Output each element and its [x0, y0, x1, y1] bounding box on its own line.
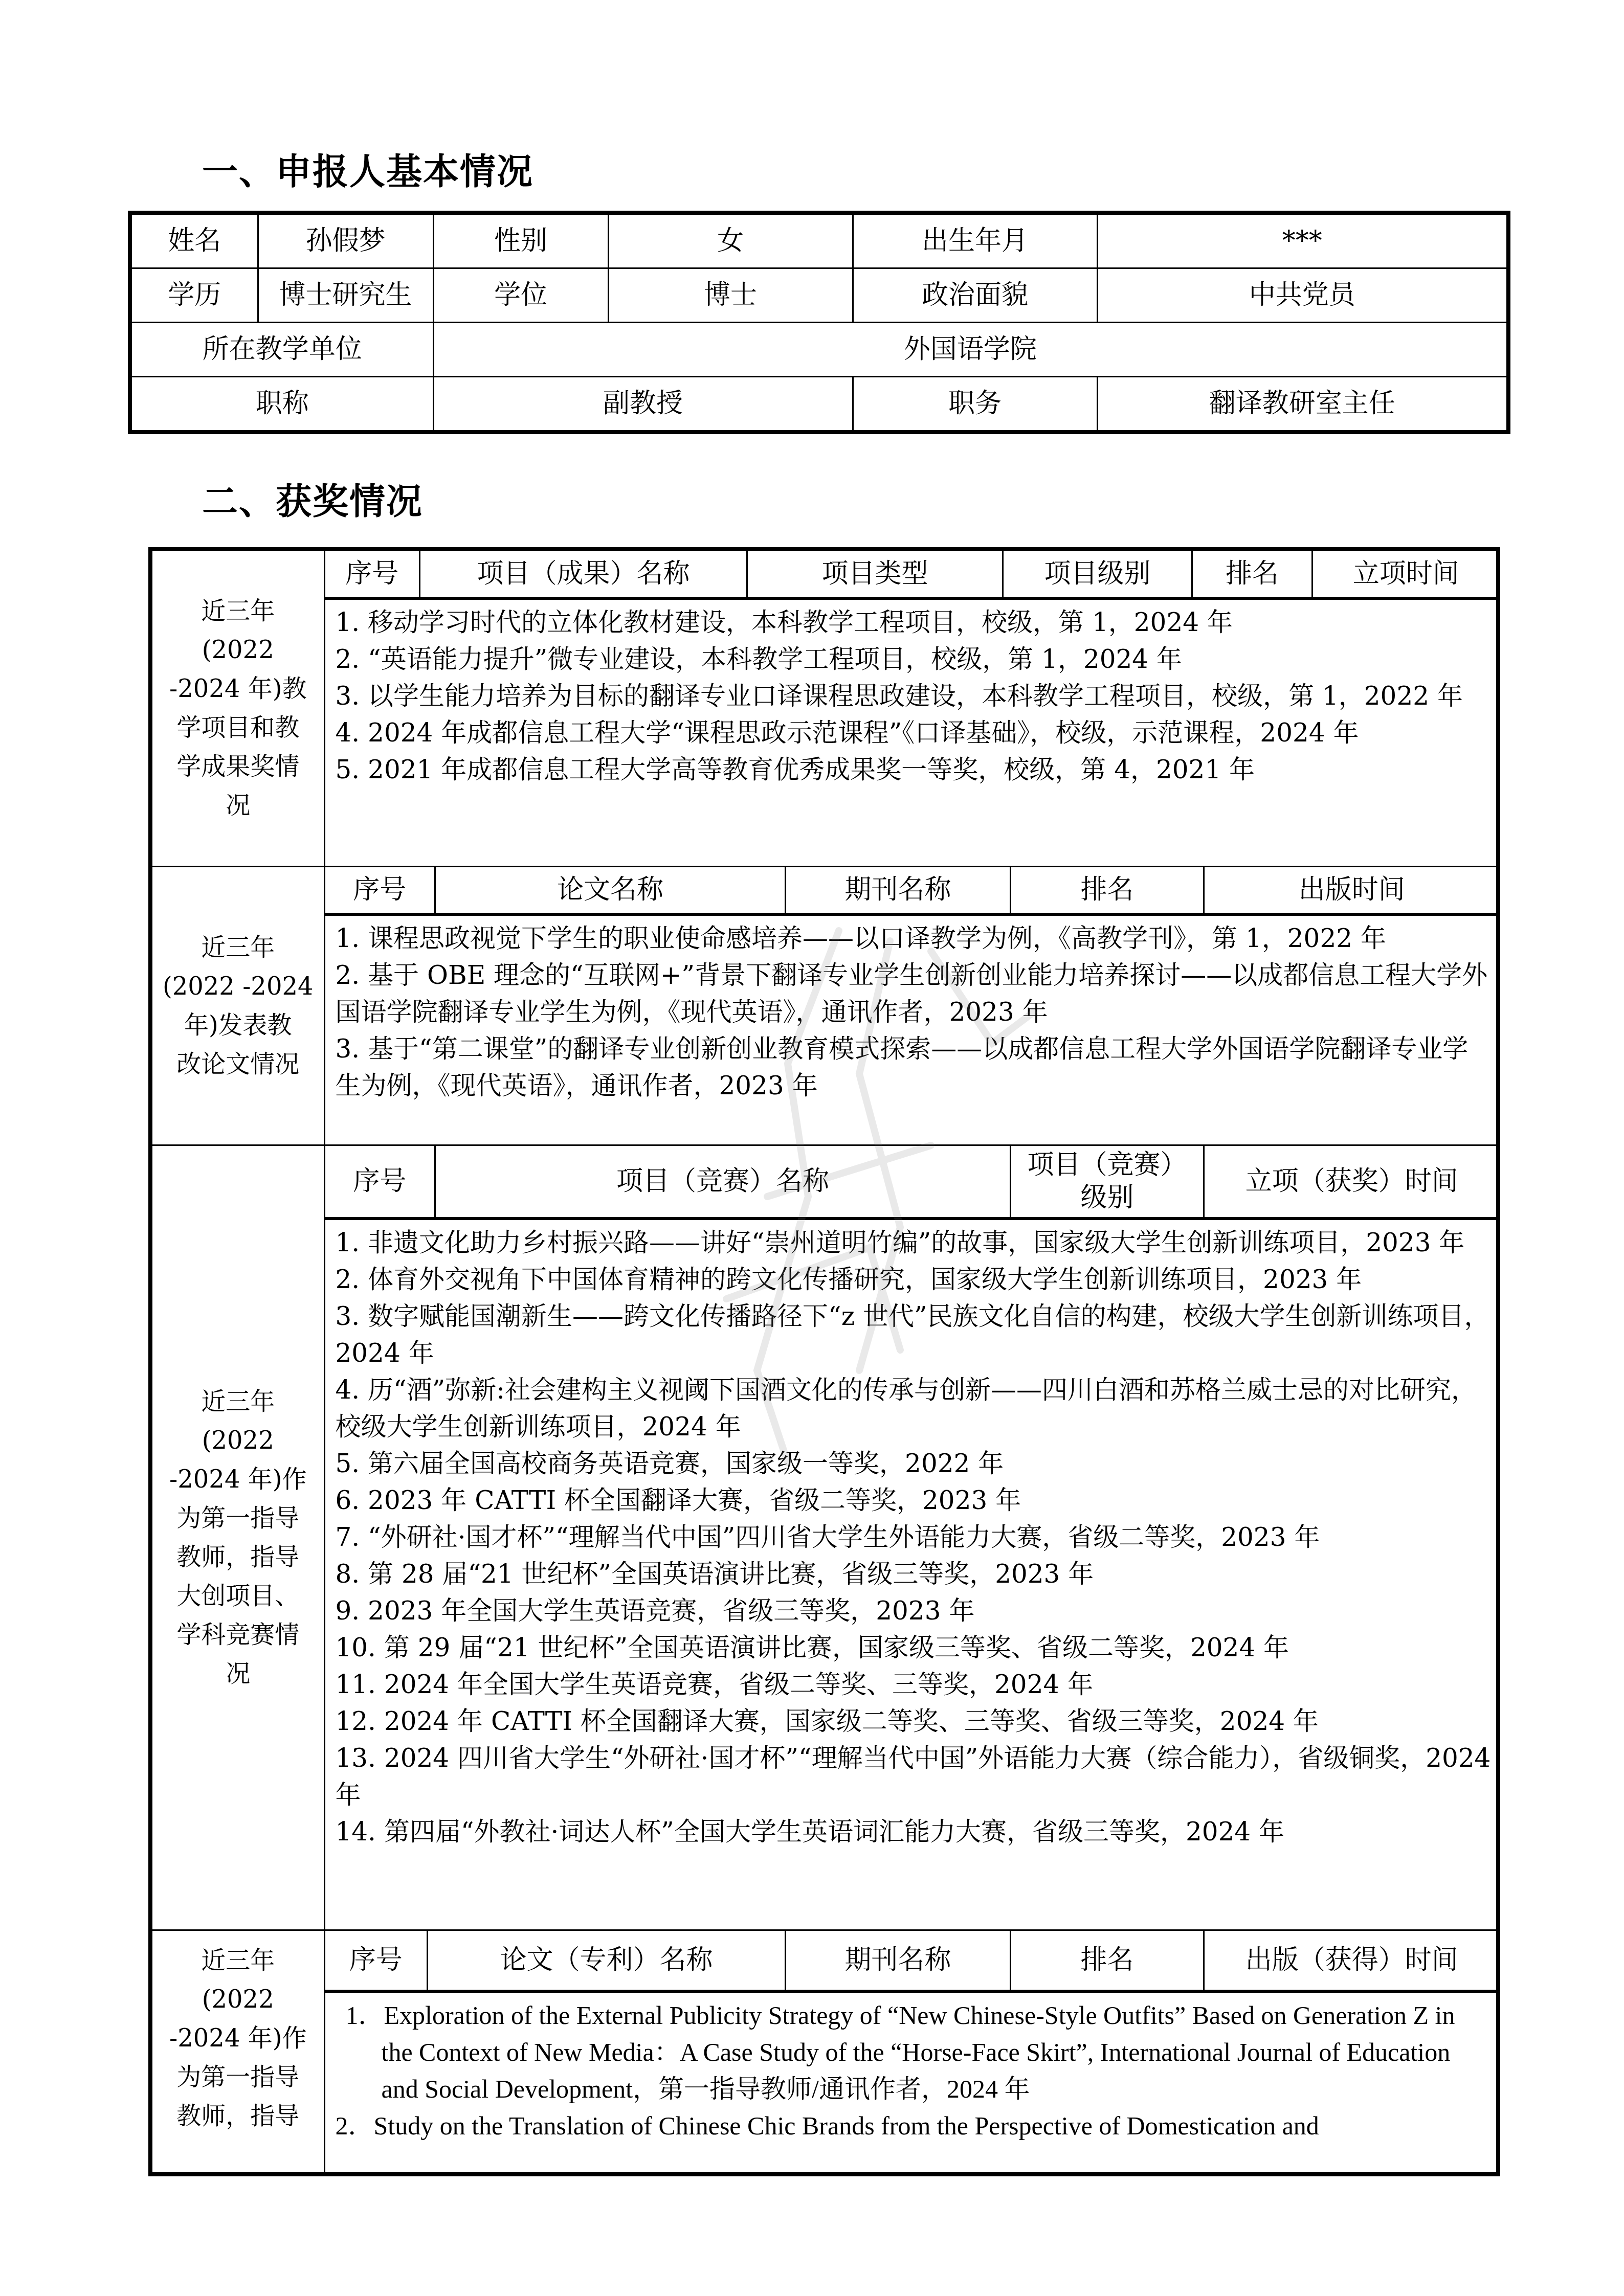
col-header: 期刊名称 — [786, 1931, 1011, 1991]
label-education: 学历 — [130, 268, 258, 323]
list-item: 6. 2023 年 CATTI 杯全国翻译大赛，省级二等奖，2023 年 — [336, 1482, 1492, 1519]
list-item: 2．Study on the Translation of Chinese Ch… — [336, 2107, 1492, 2144]
list-item: 2. “英语能力提升”微专业建设，本科教学工程项目，校级，第 1，2024 年 — [336, 641, 1492, 678]
value-political: 中共党员 — [1097, 268, 1508, 323]
list-item: 10. 第 29 届“21 世纪杯”全国英语演讲比赛，国家级三等奖、省级二等奖，… — [336, 1629, 1492, 1666]
list-item: 5. 2021 年成都信息工程大学高等教育优秀成果奖一等奖，校级，第 4，202… — [336, 751, 1492, 788]
group-label: 近三年 (2022 -2024 年)作 为第一指导 教师，指导 大创项目、 学科… — [150, 1145, 324, 1930]
basic-info-row: 姓名 孙假梦 性别 女 出生年月 *** — [130, 213, 1508, 268]
basic-info-table: 姓名 孙假梦 性别 女 出生年月 *** 学历 博士研究生 学位 博士 政治面貌… — [128, 211, 1510, 434]
col-header: 立项时间 — [1312, 551, 1499, 598]
col-header: 项目（竞赛）名称 — [435, 1146, 1011, 1219]
list-item: 2. 体育外交视角下中国体育精神的跨文化传播研究，国家级大学生创新训练项目，20… — [336, 1261, 1492, 1298]
list-item: 4. 历“酒”弥新:社会建构主义视阈下国酒文化的传承与创新——四川白酒和苏格兰威… — [336, 1371, 1492, 1445]
col-header: 序号 — [325, 551, 420, 598]
col-header: 期刊名称 — [786, 867, 1011, 914]
basic-info-row: 职称 副教授 职务 翻译教研室主任 — [130, 377, 1508, 433]
list-item: 14. 第四届“外教社·词达人杯”全国大学生英语词汇能力大赛，省级三等奖，202… — [336, 1813, 1492, 1850]
group-label: 近三年 (2022 -2024 年)作 为第一指导 教师，指导 — [150, 1930, 324, 2174]
group-label: 近三年 (2022 -2024 年)发表教 改论文情况 — [150, 866, 324, 1145]
table-header: 序号 项目（成果）名称 项目类型 项目级别 排名 立项时间 — [325, 551, 1499, 598]
awards-group-reform-papers: 近三年 (2022 -2024 年)发表教 改论文情况 序号 论文名称 期刊名称… — [150, 866, 1498, 1145]
col-header: 立项（获奖）时间 — [1204, 1146, 1499, 1219]
awards-group-teaching-projects: 近三年 (2022 -2024 年)教 学项目和教 学成果奖情 况 序号 项目（… — [150, 549, 1498, 866]
student-papers-table: 序号 论文（专利）名称 期刊名称 排名 出版（获得）时间 1．Explorati… — [325, 1931, 1499, 2149]
col-header: 序号 — [325, 867, 435, 914]
label-birth: 出生年月 — [853, 213, 1097, 268]
value-education: 博士研究生 — [258, 268, 433, 323]
col-header: 排名 — [1011, 867, 1204, 914]
list-item: 1．Exploration of the External Publicity … — [336, 1997, 1492, 2107]
list-item: 3. 数字赋能国潮新生——跨文化传播路径下“z 世代”民族文化自信的构建，校级大… — [336, 1298, 1492, 1371]
label-post: 职务 — [853, 377, 1097, 433]
table-header: 序号 论文名称 期刊名称 排名 出版时间 — [325, 867, 1499, 914]
col-header: 项目（竞赛）级别 — [1011, 1146, 1204, 1219]
value-birth: *** — [1097, 213, 1508, 268]
group-label: 近三年 (2022 -2024 年)教 学项目和教 学成果奖情 况 — [150, 549, 324, 866]
list-item: 9. 2023 年全国大学生英语竞赛，省级三等奖，2023 年 — [336, 1592, 1492, 1629]
teaching-projects-table: 序号 项目（成果）名称 项目类型 项目级别 排名 立项时间 1. 移动学习时代的… — [325, 551, 1499, 793]
label-name: 姓名 — [130, 213, 258, 268]
list-item: 7. “外研社·国才杯”“理解当代中国”四川省大学生外语能力大赛，省级二等奖，2… — [336, 1519, 1492, 1556]
col-header: 排名 — [1192, 551, 1312, 598]
col-header: 论文名称 — [435, 867, 786, 914]
entries-list: 1. 非遗文化助力乡村振兴路——讲好“崇州道明竹编”的故事，国家级大学生创新训练… — [325, 1219, 1499, 1855]
label-gender: 性别 — [433, 213, 608, 268]
list-item: 3. 以学生能力培养为目标的翻译专业口译课程思政建设，本科教学工程项目，校级，第… — [336, 678, 1492, 714]
value-degree: 博士 — [608, 268, 853, 323]
col-header: 出版时间 — [1204, 867, 1499, 914]
list-item: 1. 非遗文化助力乡村振兴路——讲好“崇州道明竹编”的故事，国家级大学生创新训练… — [336, 1224, 1492, 1261]
awards-group-competitions: 近三年 (2022 -2024 年)作 为第一指导 教师，指导 大创项目、 学科… — [150, 1145, 1498, 1930]
col-header: 论文（专利）名称 — [428, 1931, 786, 1991]
list-item: 12. 2024 年 CATTI 杯全国翻译大赛，国家级二等奖、三等奖、省级三等… — [336, 1703, 1492, 1740]
label-title: 职称 — [130, 377, 433, 433]
col-header: 序号 — [325, 1146, 435, 1219]
reform-papers-table: 序号 论文名称 期刊名称 排名 出版时间 1. 课程思政视觉下学生的职业使命感培… — [325, 867, 1499, 1109]
competitions-table: 序号 项目（竞赛）名称 项目（竞赛）级别 立项（获奖）时间 1. 非遗文化助力乡… — [325, 1146, 1499, 1855]
list-item: 4. 2024 年成都信息工程大学“课程思政示范课程”《口译基础》，校级，示范课… — [336, 714, 1492, 751]
label-degree: 学位 — [433, 268, 608, 323]
col-header: 排名 — [1011, 1931, 1204, 1991]
list-item: 2. 基于 OBE 理念的“互联网+”背景下翻译专业学生创新创业能力培养探讨——… — [336, 957, 1492, 1030]
list-item: 13. 2024 四川省大学生“外研社·国才杯”“理解当代中国”外语能力大赛（综… — [336, 1740, 1492, 1813]
table-header: 序号 项目（竞赛）名称 项目（竞赛）级别 立项（获奖）时间 — [325, 1146, 1499, 1219]
col-header: 序号 — [325, 1931, 428, 1991]
table-header: 序号 论文（专利）名称 期刊名称 排名 出版（获得）时间 — [325, 1931, 1499, 1991]
list-item: 1. 移动学习时代的立体化教材建设，本科教学工程项目，校级，第 1，2024 年 — [336, 604, 1492, 641]
col-header: 项目级别 — [1003, 551, 1192, 598]
value-post: 翻译教研室主任 — [1097, 377, 1508, 433]
value-title: 副教授 — [433, 377, 853, 433]
section-title-awards: 二、获奖情况 — [202, 473, 423, 525]
awards-group-student-papers: 近三年 (2022 -2024 年)作 为第一指导 教师，指导 序号 论文（专利… — [150, 1930, 1498, 2174]
list-item: 5. 第六届全国高校商务英语竞赛，国家级一等奖，2022 年 — [336, 1445, 1492, 1482]
col-header: 出版（获得）时间 — [1204, 1931, 1499, 1991]
value-name: 孙假梦 — [258, 213, 433, 268]
value-gender: 女 — [608, 213, 853, 268]
list-item: 3. 基于“第二课堂”的翻译专业创新创业教育模式探索——以成都信息工程大学外国语… — [336, 1030, 1492, 1104]
value-unit: 外国语学院 — [433, 323, 1508, 377]
entries-list: 1. 课程思政视觉下学生的职业使命感培养——以口译教学为例，《高教学刊》，第 1… — [325, 914, 1499, 1109]
awards-table: 近三年 (2022 -2024 年)教 学项目和教 学成果奖情 况 序号 项目（… — [148, 547, 1500, 2176]
section-title-basic-info: 一、申报人基本情况 — [202, 143, 533, 195]
basic-info-row: 所在教学单位 外国语学院 — [130, 323, 1508, 377]
list-item: 1. 课程思政视觉下学生的职业使命感培养——以口译教学为例，《高教学刊》，第 1… — [336, 920, 1492, 957]
list-item: 8. 第 28 届“21 世纪杯”全国英语演讲比赛，省级三等奖，2023 年 — [336, 1556, 1492, 1592]
label-unit: 所在教学单位 — [130, 323, 433, 377]
list-item: 11. 2024 年全国大学生英语竞赛，省级二等奖、三等奖，2024 年 — [336, 1666, 1492, 1703]
entries-list: 1. 移动学习时代的立体化教材建设，本科教学工程项目，校级，第 1，2024 年… — [325, 598, 1499, 793]
col-header: 项目（成果）名称 — [420, 551, 747, 598]
entries-list: 1．Exploration of the External Publicity … — [325, 1991, 1499, 2149]
label-political: 政治面貌 — [853, 268, 1097, 323]
basic-info-row: 学历 博士研究生 学位 博士 政治面貌 中共党员 — [130, 268, 1508, 323]
col-header: 项目类型 — [747, 551, 1003, 598]
